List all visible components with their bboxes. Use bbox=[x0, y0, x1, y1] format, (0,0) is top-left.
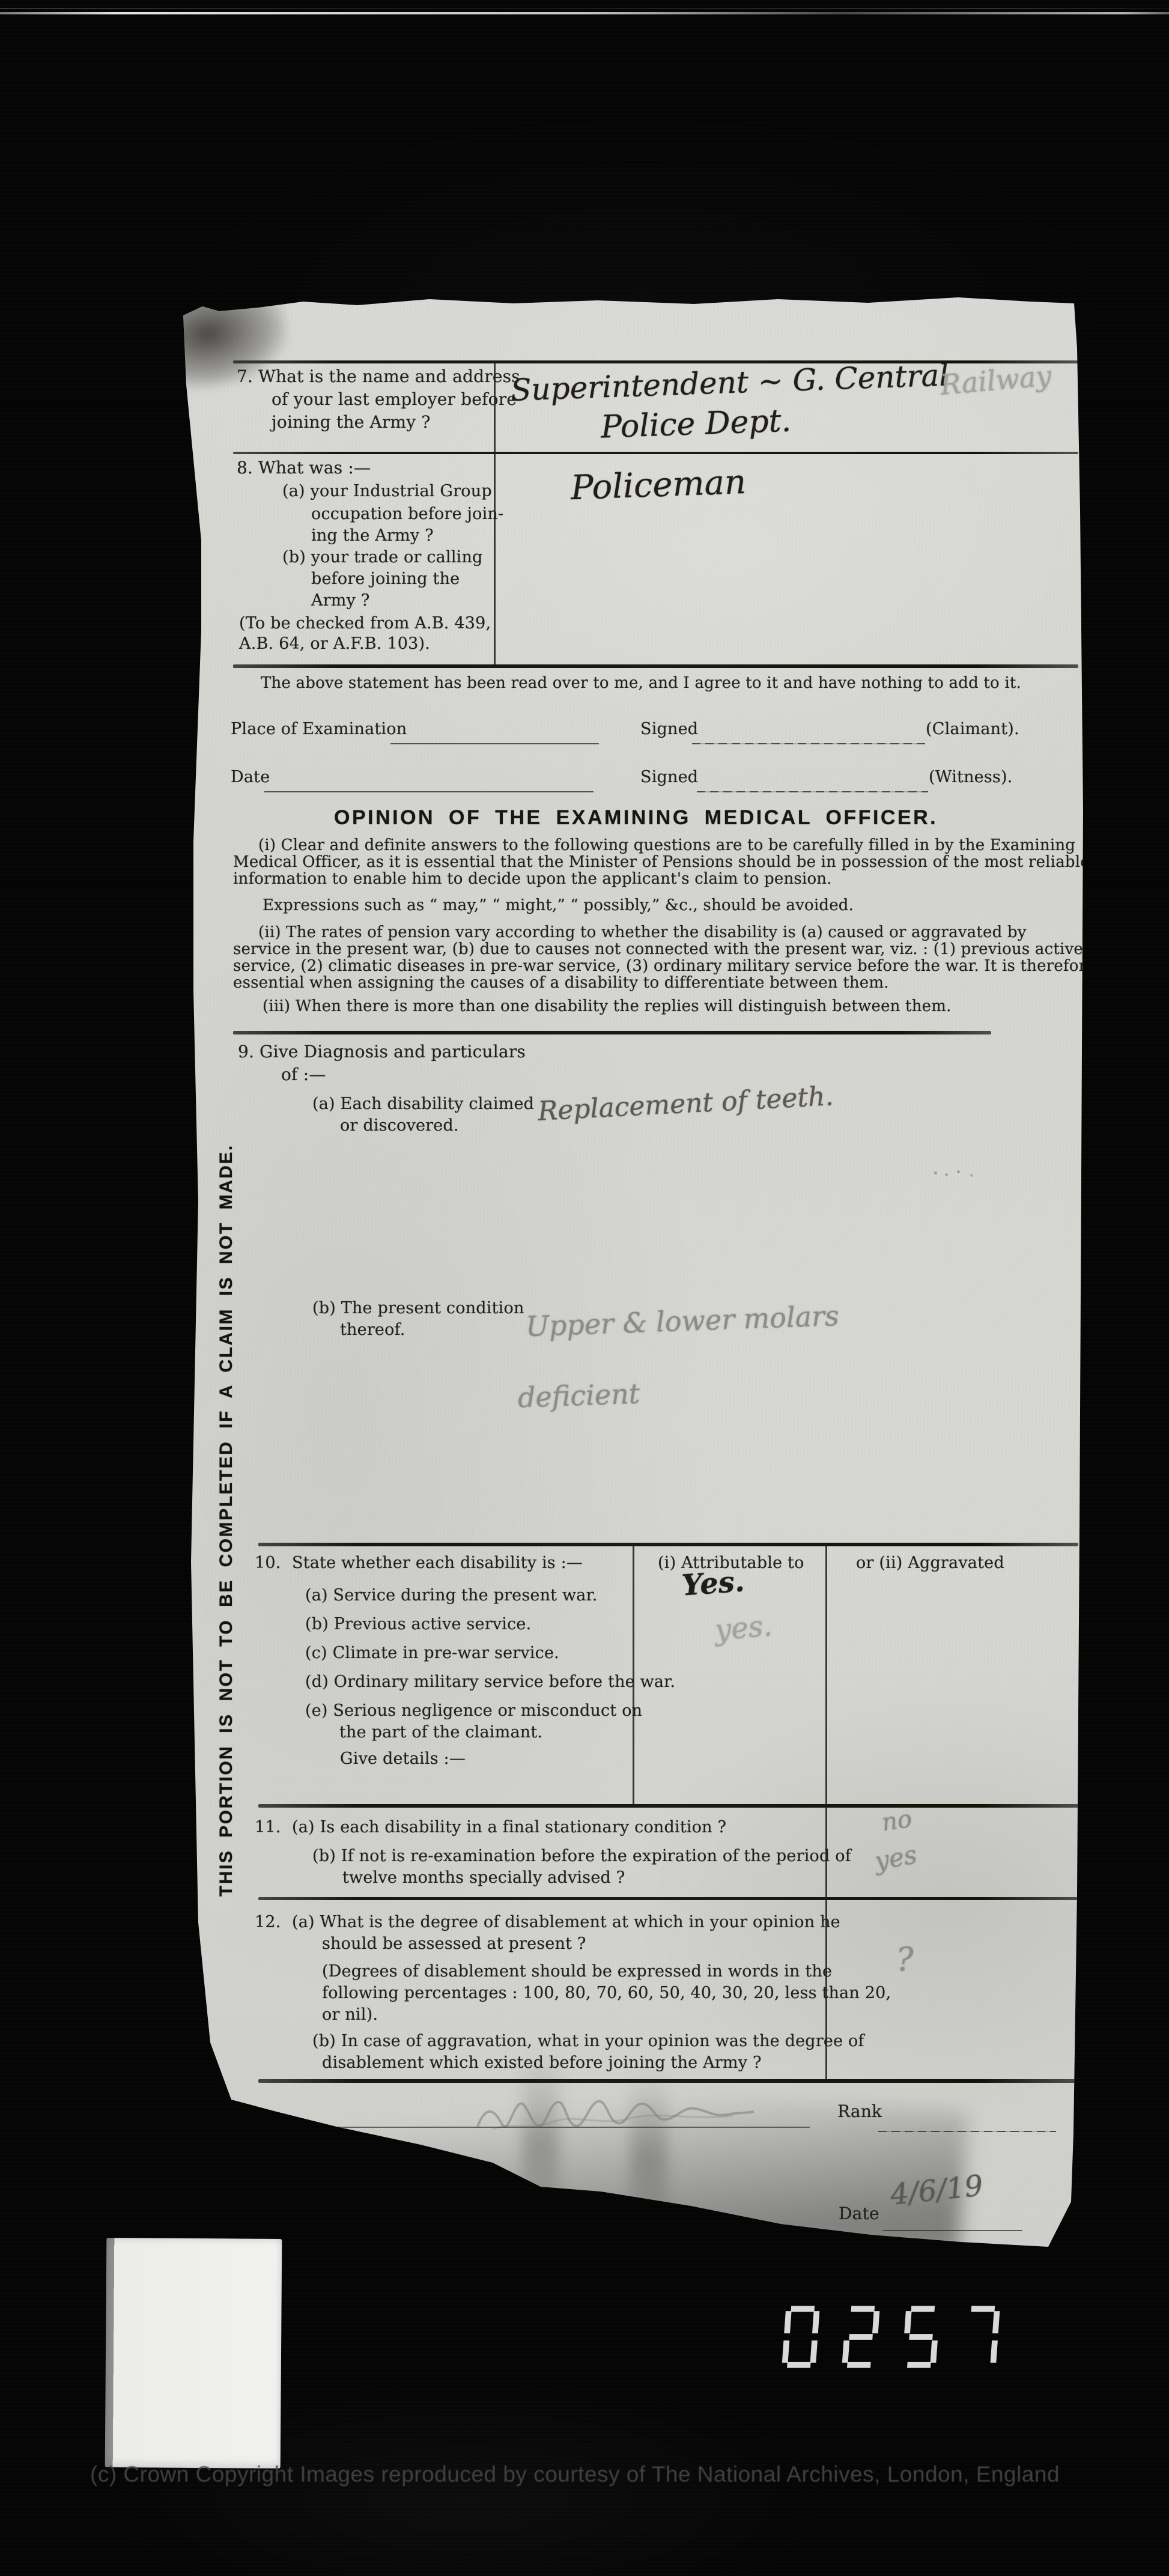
q9b-label: thereof. bbox=[340, 1320, 405, 1339]
q12a-label: should be assessed at present ? bbox=[322, 1934, 586, 1953]
divider-rule bbox=[258, 1897, 1078, 1900]
q12b-label: (b) In case of aggravation, what in your… bbox=[312, 2032, 864, 2050]
q11b-label: (b) If not is re-examination before the … bbox=[312, 1847, 851, 1865]
q9-intro: Give Diagnosis and particulars bbox=[260, 1042, 526, 1062]
side-note-vertical: THIS PORTION IS NOT TO BE COMPLETED IF A… bbox=[216, 1233, 251, 1897]
q9b-answer-handwriting: Upper & lower molars bbox=[525, 1299, 839, 1343]
q8b-label: before joining the bbox=[311, 570, 460, 588]
q7-label: of your last employer before bbox=[272, 389, 517, 409]
opinion-expressions: Expressions such as “ may,” “ might,” “ … bbox=[263, 896, 854, 914]
q12a-label: (a) What is the degree of disablement at… bbox=[292, 1913, 840, 1931]
bottom-date-label: Date bbox=[839, 2204, 879, 2223]
q11-number: 11. bbox=[255, 1818, 281, 1836]
signature-scrawl bbox=[475, 2079, 757, 2139]
q10-item: (b) Previous active service. bbox=[305, 1615, 531, 1633]
place-underline bbox=[390, 743, 599, 744]
q9a-label: (a) Each disability claimed bbox=[312, 1095, 534, 1113]
signed-claimant-label: Signed bbox=[640, 720, 698, 738]
divider-rule bbox=[258, 1804, 1078, 1808]
opinion-heading: OPINION OF THE EXAMINING MEDICAL OFFICER… bbox=[334, 806, 938, 830]
paper-edge-shade bbox=[1127, 0, 1169, 2576]
q9-number: 9. bbox=[238, 1042, 254, 1062]
form-paper: 7. What is the name and address of your … bbox=[177, 270, 1090, 2259]
rank-underline bbox=[878, 2131, 1056, 2132]
divider-rule bbox=[258, 1543, 1078, 1546]
pencil-marks bbox=[934, 1171, 937, 1174]
scanned-document-page: 7. What is the name and address of your … bbox=[0, 0, 1169, 2576]
opinion-para-ii: service in the present war, (b) due to c… bbox=[233, 940, 1083, 958]
white-card bbox=[105, 2238, 282, 2468]
q10-number: 10. bbox=[255, 1554, 281, 1572]
q8-answer-handwriting: Policeman bbox=[570, 463, 747, 508]
q12-number: 12. bbox=[255, 1913, 281, 1931]
q8a-label: ing the Army ? bbox=[311, 526, 434, 545]
q7-answer-handwriting: Superintendent ~ G. Central bbox=[510, 357, 949, 407]
opinion-para-i: Medical Officer, as it is essential that… bbox=[233, 853, 1090, 871]
q8b-label: (b) your trade or calling bbox=[282, 548, 483, 567]
q10-item: the part of the claimant. bbox=[339, 1723, 542, 1742]
divider-rule bbox=[233, 664, 1078, 668]
q12b-label: disablement which existed before joining… bbox=[322, 2053, 762, 2072]
q10-answer-ink: Yes. bbox=[681, 1564, 745, 1602]
q7-label: joining the Army ? bbox=[272, 412, 431, 432]
q11b-label: twelve months specially advised ? bbox=[342, 1868, 625, 1887]
opinion-para-i: information to enable him to decide upon… bbox=[233, 870, 832, 888]
date-underline bbox=[264, 791, 594, 792]
q8-intro: What was :— bbox=[258, 458, 371, 478]
q12-note: or nil). bbox=[322, 2005, 378, 2024]
bottom-date-underline bbox=[883, 2230, 1022, 2231]
scan-artifact-line bbox=[0, 12, 1169, 14]
q9b-label: (b) The present condition bbox=[312, 1299, 524, 1317]
q9a-label: or discovered. bbox=[340, 1116, 459, 1135]
claimant-label: (Claimant). bbox=[926, 720, 1019, 738]
q12-note: (Degrees of disablement should be expres… bbox=[322, 1962, 832, 1981]
q10-item: (a) Service during the present war. bbox=[305, 1586, 598, 1605]
date-label: Date bbox=[231, 768, 270, 786]
q10-intro: State whether each disability is :— bbox=[292, 1554, 583, 1572]
q10-item: (e) Serious negligence or misconduct on bbox=[305, 1701, 642, 1720]
opinion-para-ii: essential when assigning the causes of a… bbox=[233, 974, 889, 992]
q10-item: (c) Climate in pre-war service. bbox=[305, 1644, 559, 1662]
opinion-para-i: (i) Clear and definite answers to the fo… bbox=[258, 836, 1075, 854]
q11a-answer-handwriting: no bbox=[880, 1805, 914, 1836]
q11a-label: (a) Is each disability in a final statio… bbox=[292, 1818, 726, 1836]
rank-label: Rank bbox=[837, 2101, 882, 2121]
q10-item: (d) Ordinary military service before the… bbox=[305, 1672, 675, 1691]
q10-answer-pencil: yes. bbox=[714, 1609, 774, 1647]
place-of-examination-label: Place of Examination bbox=[231, 720, 407, 738]
signed-underline bbox=[692, 743, 925, 744]
statement-text: The above statement has been read over t… bbox=[261, 674, 1021, 692]
q8-number: 8. bbox=[237, 458, 253, 478]
q7-number: 7. bbox=[237, 366, 253, 386]
q9a-answer-handwriting: Replacement of teeth. bbox=[537, 1081, 834, 1127]
signed-witness-label: Signed bbox=[640, 768, 698, 786]
opinion-para-ii: (ii) The rates of pension vary according… bbox=[258, 923, 1027, 941]
scan-artifact-line bbox=[0, 8, 1169, 9]
q8-note: A.B. 64, or A.F.B. 103). bbox=[239, 634, 430, 653]
opinion-para-iii: (iii) When there is more than one disabi… bbox=[263, 997, 952, 1015]
q9b-answer-handwriting: deficient bbox=[517, 1377, 640, 1414]
q8a-label: (a) your Industrial Group bbox=[282, 482, 492, 500]
q7-label: What is the name and address bbox=[258, 366, 520, 386]
divider-rule bbox=[233, 1031, 991, 1034]
q11b-answer-handwriting: yes bbox=[872, 1839, 919, 1876]
q7-answer-handwriting-pencil: Railway bbox=[939, 359, 1052, 401]
divider-rule bbox=[233, 360, 1078, 363]
q9-intro: of :— bbox=[281, 1065, 326, 1084]
divider-rule bbox=[233, 452, 1078, 454]
film-counter bbox=[779, 2301, 1003, 2373]
signed-underline bbox=[697, 791, 928, 792]
copyright-text: (c) Crown Copyright Images reproduced by… bbox=[90, 2462, 1111, 2487]
q7-answer-handwriting: Police Dept. bbox=[600, 402, 792, 445]
q12-note: following percentages : 100, 80, 70, 60,… bbox=[322, 1984, 891, 2002]
q10-col-aggravated: or (ii) Aggravated bbox=[856, 1554, 1004, 1572]
q8a-label: occupation before join- bbox=[311, 505, 503, 523]
signature-underline bbox=[252, 2127, 810, 2128]
q12a-answer-handwriting: ? bbox=[896, 1940, 914, 1979]
q10-give-details: Give details :— bbox=[340, 1749, 466, 1768]
witness-label: (Witness). bbox=[929, 768, 1013, 786]
side-note-text: THIS PORTION IS NOT TO BE COMPLETED IF A… bbox=[216, 1233, 237, 1897]
q8b-label: Army ? bbox=[311, 591, 370, 610]
q8-note: (To be checked from A.B. 439, bbox=[239, 614, 491, 633]
opinion-para-ii: service, (2) climatic diseases in pre-wa… bbox=[233, 957, 1096, 975]
